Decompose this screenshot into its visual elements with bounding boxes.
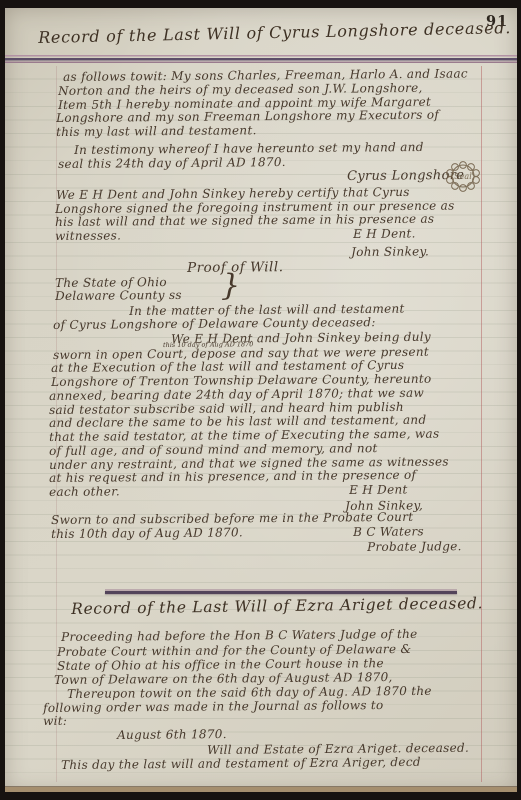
wax-seal-scribble: Seal [443,160,483,192]
judge-title: Probate Judge. [367,539,462,554]
header-double-rule [5,54,517,64]
judge-signature: B C Waters [353,524,424,539]
journal-title: Will and Estate of Ezra Ariget. deceased… [207,741,469,757]
witness-signature: E H Dent [349,482,408,497]
interlineation: this 10 day of Aug AD 1870 [163,340,253,349]
manuscript-line: witnesses. [55,228,121,243]
next-page-edge [5,787,517,792]
venue-county: Delaware County ss [55,288,182,303]
venue-brace: } [221,271,240,301]
manuscript-line: of Cyrus Longshore of Delaware County de… [53,315,376,332]
witness-signature: E H Dent. [353,226,416,241]
ledger-photo: 91 Record of the Last Will of Cyrus Long… [0,0,521,800]
journal-date: August 6th 1870. [117,727,227,742]
manuscript-line: following order was made in the Journal … [43,698,384,715]
manuscript-line: wit: [43,714,67,728]
ledger-page: 91 Record of the Last Will of Cyrus Long… [5,8,517,792]
witness-signature: John Sinkey. [351,244,429,259]
seal-label: Seal [454,172,472,181]
manuscript-line: seal this 24th day of April AD 1870. [58,155,286,171]
manuscript-line: this 10th day of Aug AD 1870. [51,525,243,541]
manuscript-line: this my last will and testament. [56,123,257,139]
record-divider-rule [105,591,457,594]
manuscript-line: each other. [49,484,120,499]
record-title-cyrus: Record of the Last Will of Cyrus Longsho… [38,18,511,47]
